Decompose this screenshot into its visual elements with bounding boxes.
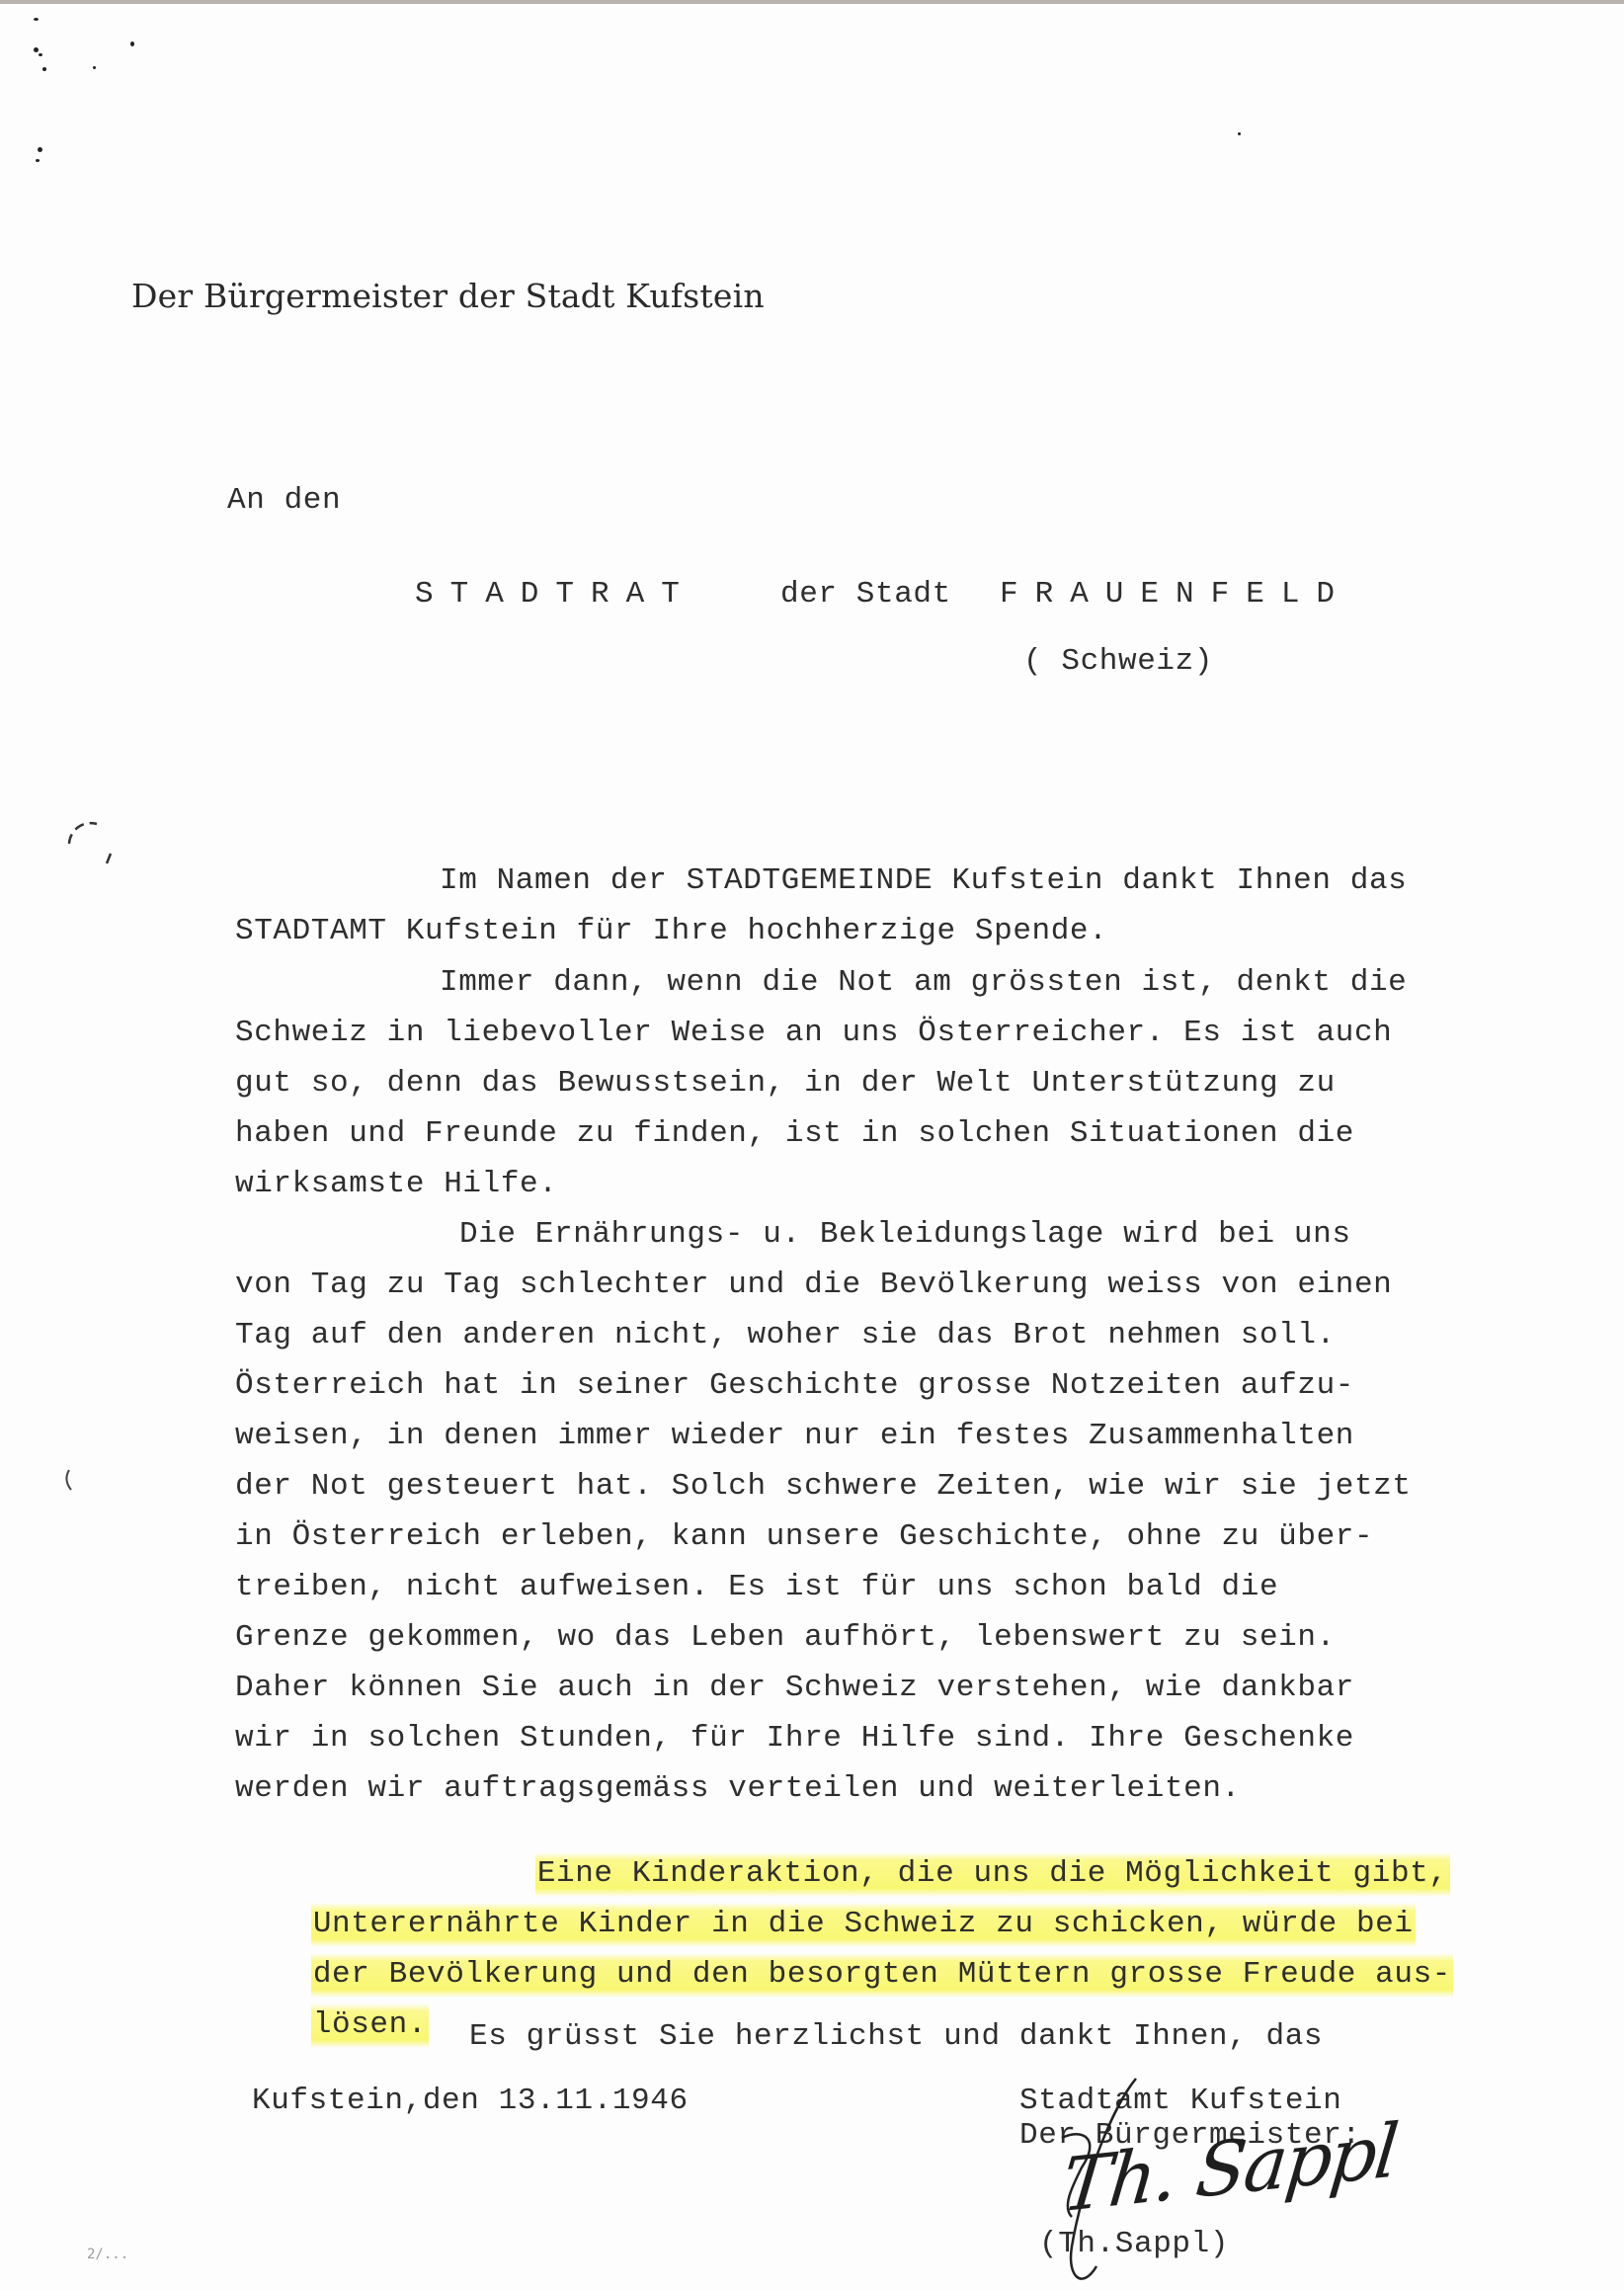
- body-line: wir in solchen Stunden, für Ihre Hilfe s…: [235, 1721, 1354, 1756]
- speck: [34, 47, 39, 52]
- speck: [1238, 132, 1241, 135]
- body-line: STADTAMT Kufstein für Ihre hochherzige S…: [235, 914, 1107, 948]
- salutation-line: An den: [227, 483, 341, 518]
- punch-mark-icon: [61, 814, 121, 873]
- body-line: Immer dann, wenn die Not am grössten ist…: [440, 965, 1407, 1000]
- place-date: Kufstein,den 13.11.1946: [252, 2084, 689, 2118]
- body-line: in Österreich erleben, kann unsere Gesch…: [235, 1519, 1373, 1554]
- speck: [93, 66, 96, 69]
- body-line: der Not gesteuert hat. Solch schwere Zei…: [235, 1469, 1412, 1504]
- speck: [34, 18, 39, 21]
- body-line: Österreich hat in seiner Geschichte gros…: [235, 1368, 1354, 1403]
- body-line: Daher können Sie auch in der Schweiz ver…: [235, 1671, 1354, 1705]
- body-line: haben und Freunde zu finden, ist in solc…: [235, 1116, 1354, 1151]
- recipient-council: STADTRAT: [415, 577, 696, 612]
- body-line: Tag auf den anderen nicht, woher sie das…: [235, 1318, 1336, 1352]
- body-line: von Tag zu Tag schlechter und die Bevölk…: [235, 1268, 1392, 1302]
- speck: [38, 147, 42, 152]
- letter-page: Der Bürgermeister der Stadt Kufstein An …: [0, 0, 1624, 2290]
- recipient-of-city: der Stadt: [780, 577, 951, 612]
- body-line: Grenze gekommen, wo das Leben aufhört, l…: [235, 1620, 1336, 1655]
- letterhead: Der Bürgermeister der Stadt Kufstein: [131, 277, 765, 315]
- highlighted-line: lösen.: [235, 1973, 429, 2077]
- body-line: Schweiz in liebevoller Weise an uns Öste…: [235, 1016, 1392, 1050]
- punch-mark-icon: [59, 1466, 79, 1496]
- speck: [39, 53, 42, 56]
- archive-mark: 2/...: [87, 2247, 128, 2262]
- recipient-city: FRAUENFELD: [1000, 577, 1351, 612]
- speck: [130, 41, 134, 46]
- body-line: Im Namen der STADTGEMEINDE Kufstein dank…: [440, 863, 1407, 898]
- recipient-country: ( Schweiz): [1023, 644, 1213, 679]
- body-line: treiben, nicht aufweisen. Es ist für uns…: [235, 1570, 1278, 1604]
- body-line: weisen, in denen immer wieder nur ein fe…: [235, 1419, 1354, 1453]
- body-line: werden wir auftragsgemäss verteilen und …: [235, 1771, 1241, 1806]
- highlight-mark: der Bevölkerung und den besorgten Mütter…: [311, 1953, 1453, 1998]
- closing-line: Es grüsst Sie herzlichst und dankt Ihnen…: [469, 2019, 1323, 2054]
- speck: [36, 159, 40, 162]
- body-line: Die Ernährungs- u. Bekleidungslage wird …: [459, 1217, 1351, 1252]
- body-line: wirksamste Hilfe.: [235, 1167, 557, 1201]
- speck: [42, 67, 46, 71]
- typed-name: (Th.Sappl): [1039, 2227, 1229, 2261]
- body-line: gut so, denn das Bewusstsein, in der Wel…: [235, 1066, 1336, 1101]
- highlight-mark: lösen.: [311, 2004, 429, 2048]
